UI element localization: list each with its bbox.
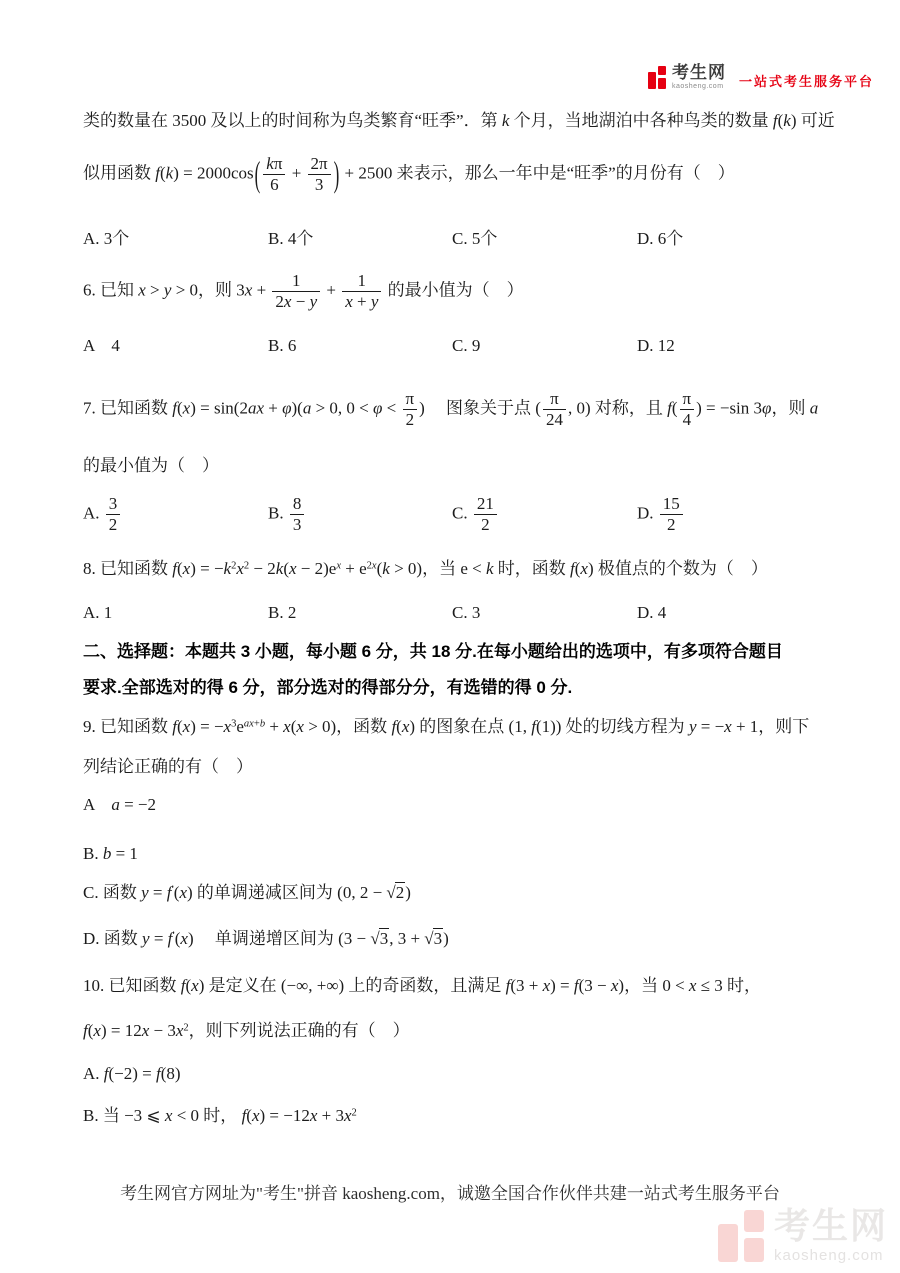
q7-stem-line-2: 的最小值为（ ） <box>83 455 219 476</box>
q5-stem-line-1: 类的数量在 3500 及以上的时间称为鸟类繁育“旺季”．第 k 个月，当地湖泊中… <box>83 110 835 131</box>
q6-option-b: B. 6 <box>268 335 296 356</box>
q7-option-c: C. 212 <box>452 495 499 534</box>
section-2-header-line-1: 二、选择题：本题共 3 小题，每小题 6 分，共 18 分.在每小题给出的选项中… <box>83 641 783 662</box>
watermark-text: 考生网 kaosheng.com <box>774 1208 888 1263</box>
q5-option-d: D. 6个 <box>637 228 683 249</box>
q6-stem: 6. 已知 x > y > 0，则 3x + 12x − y + 1x + y … <box>83 272 524 311</box>
q7-option-b: B. 83 <box>268 495 306 534</box>
kaosheng-logo-icon <box>648 66 667 89</box>
q10-stem-line-1: 10. 已知函数 f(x) 是定义在 (−∞, +∞) 上的奇函数，且满足 f(… <box>83 975 761 996</box>
q7-stem-line-1: 7. 已知函数 f(x) = sin(2ax + φ)(a > 0, 0 < φ… <box>83 390 818 429</box>
watermark-block-right-bottom <box>744 1238 764 1262</box>
logo-block-right-top <box>658 66 666 75</box>
logo-block-left <box>648 72 656 89</box>
q8-option-d: D. 4 <box>637 602 666 623</box>
section-2-header-line-2: 要求.全部选对的得 6 分，部分选对的得部分分，有选错的得 0 分. <box>83 677 572 698</box>
q10-option-a: A. f(−2) = f(8) <box>83 1063 181 1084</box>
q10-option-b: B. 当 −3 ⩽ x < 0 时， f(x) = −12x + 3x2 <box>83 1105 357 1126</box>
q9-stem-line-1: 9. 已知函数 f(x) = −x3eax+b + x(x > 0)，函数 f(… <box>83 716 809 737</box>
kaosheng-logo: 考生网 kaosheng.com 一站式考生服务平台 <box>648 64 874 90</box>
q9-option-a: A a = −2 <box>83 794 156 815</box>
q8-option-a: A. 1 <box>83 602 112 623</box>
q7-option-a: A. 32 <box>83 495 122 534</box>
watermark-block-right-top <box>744 1210 764 1232</box>
q5-stem-line-2: 似用函数 f(k) = 2000cos(kπ6 + 2π3) + 2500 来表… <box>83 155 735 194</box>
q6-option-a: A 4 <box>83 335 120 356</box>
q10-stem-line-2: f(x) = 12x − 3x2，则下列说法正确的有（ ） <box>83 1020 410 1041</box>
watermark-logo-icon <box>718 1210 766 1262</box>
q5-option-c: C. 5个 <box>452 228 497 249</box>
watermark-block-left <box>718 1224 738 1262</box>
logo-brand: 考生网 <box>672 64 726 81</box>
exam-paper-page: 考生网 kaosheng.com 一站式考生服务平台 类的数量在 3500 及以… <box>0 0 900 1273</box>
q5-option-a: A. 3个 <box>83 228 129 249</box>
q8-stem: 8. 已知函数 f(x) = −k2x2 − 2k(x − 2)ex + e2x… <box>83 558 768 579</box>
watermark-brand: 考生网 <box>774 1208 888 1244</box>
q7-option-d: D. 152 <box>637 495 685 534</box>
q9-option-c: C. 函数 y = f′(x) 的单调递减区间为 (0, 2 − √2) <box>83 882 411 903</box>
q6-option-d: D. 12 <box>637 335 675 356</box>
q8-option-c: C. 3 <box>452 602 480 623</box>
logo-text: 考生网 kaosheng.com <box>672 64 726 90</box>
watermark-domain: kaosheng.com <box>774 1248 888 1263</box>
q9-stem-line-2: 列结论正确的有（ ） <box>83 756 253 777</box>
logo-block-right-bottom <box>658 78 666 89</box>
q5-option-b: B. 4个 <box>268 228 313 249</box>
footer-text: 考生网官方网址为"考生"拼音 kaosheng.com，诚邀全国合作伙伴共建一站… <box>0 1183 900 1204</box>
logo-domain: kaosheng.com <box>672 83 726 90</box>
q6-option-c: C. 9 <box>452 335 480 356</box>
q9-option-d: D. 函数 y = f′(x) 单调递增区间为 (3 − √3, 3 + √3) <box>83 928 449 949</box>
kaosheng-watermark: 考生网 kaosheng.com <box>718 1208 888 1263</box>
q9-option-b: B. b = 1 <box>83 843 138 864</box>
logo-tagline: 一站式考生服务平台 <box>739 71 874 90</box>
q8-option-b: B. 2 <box>268 602 296 623</box>
